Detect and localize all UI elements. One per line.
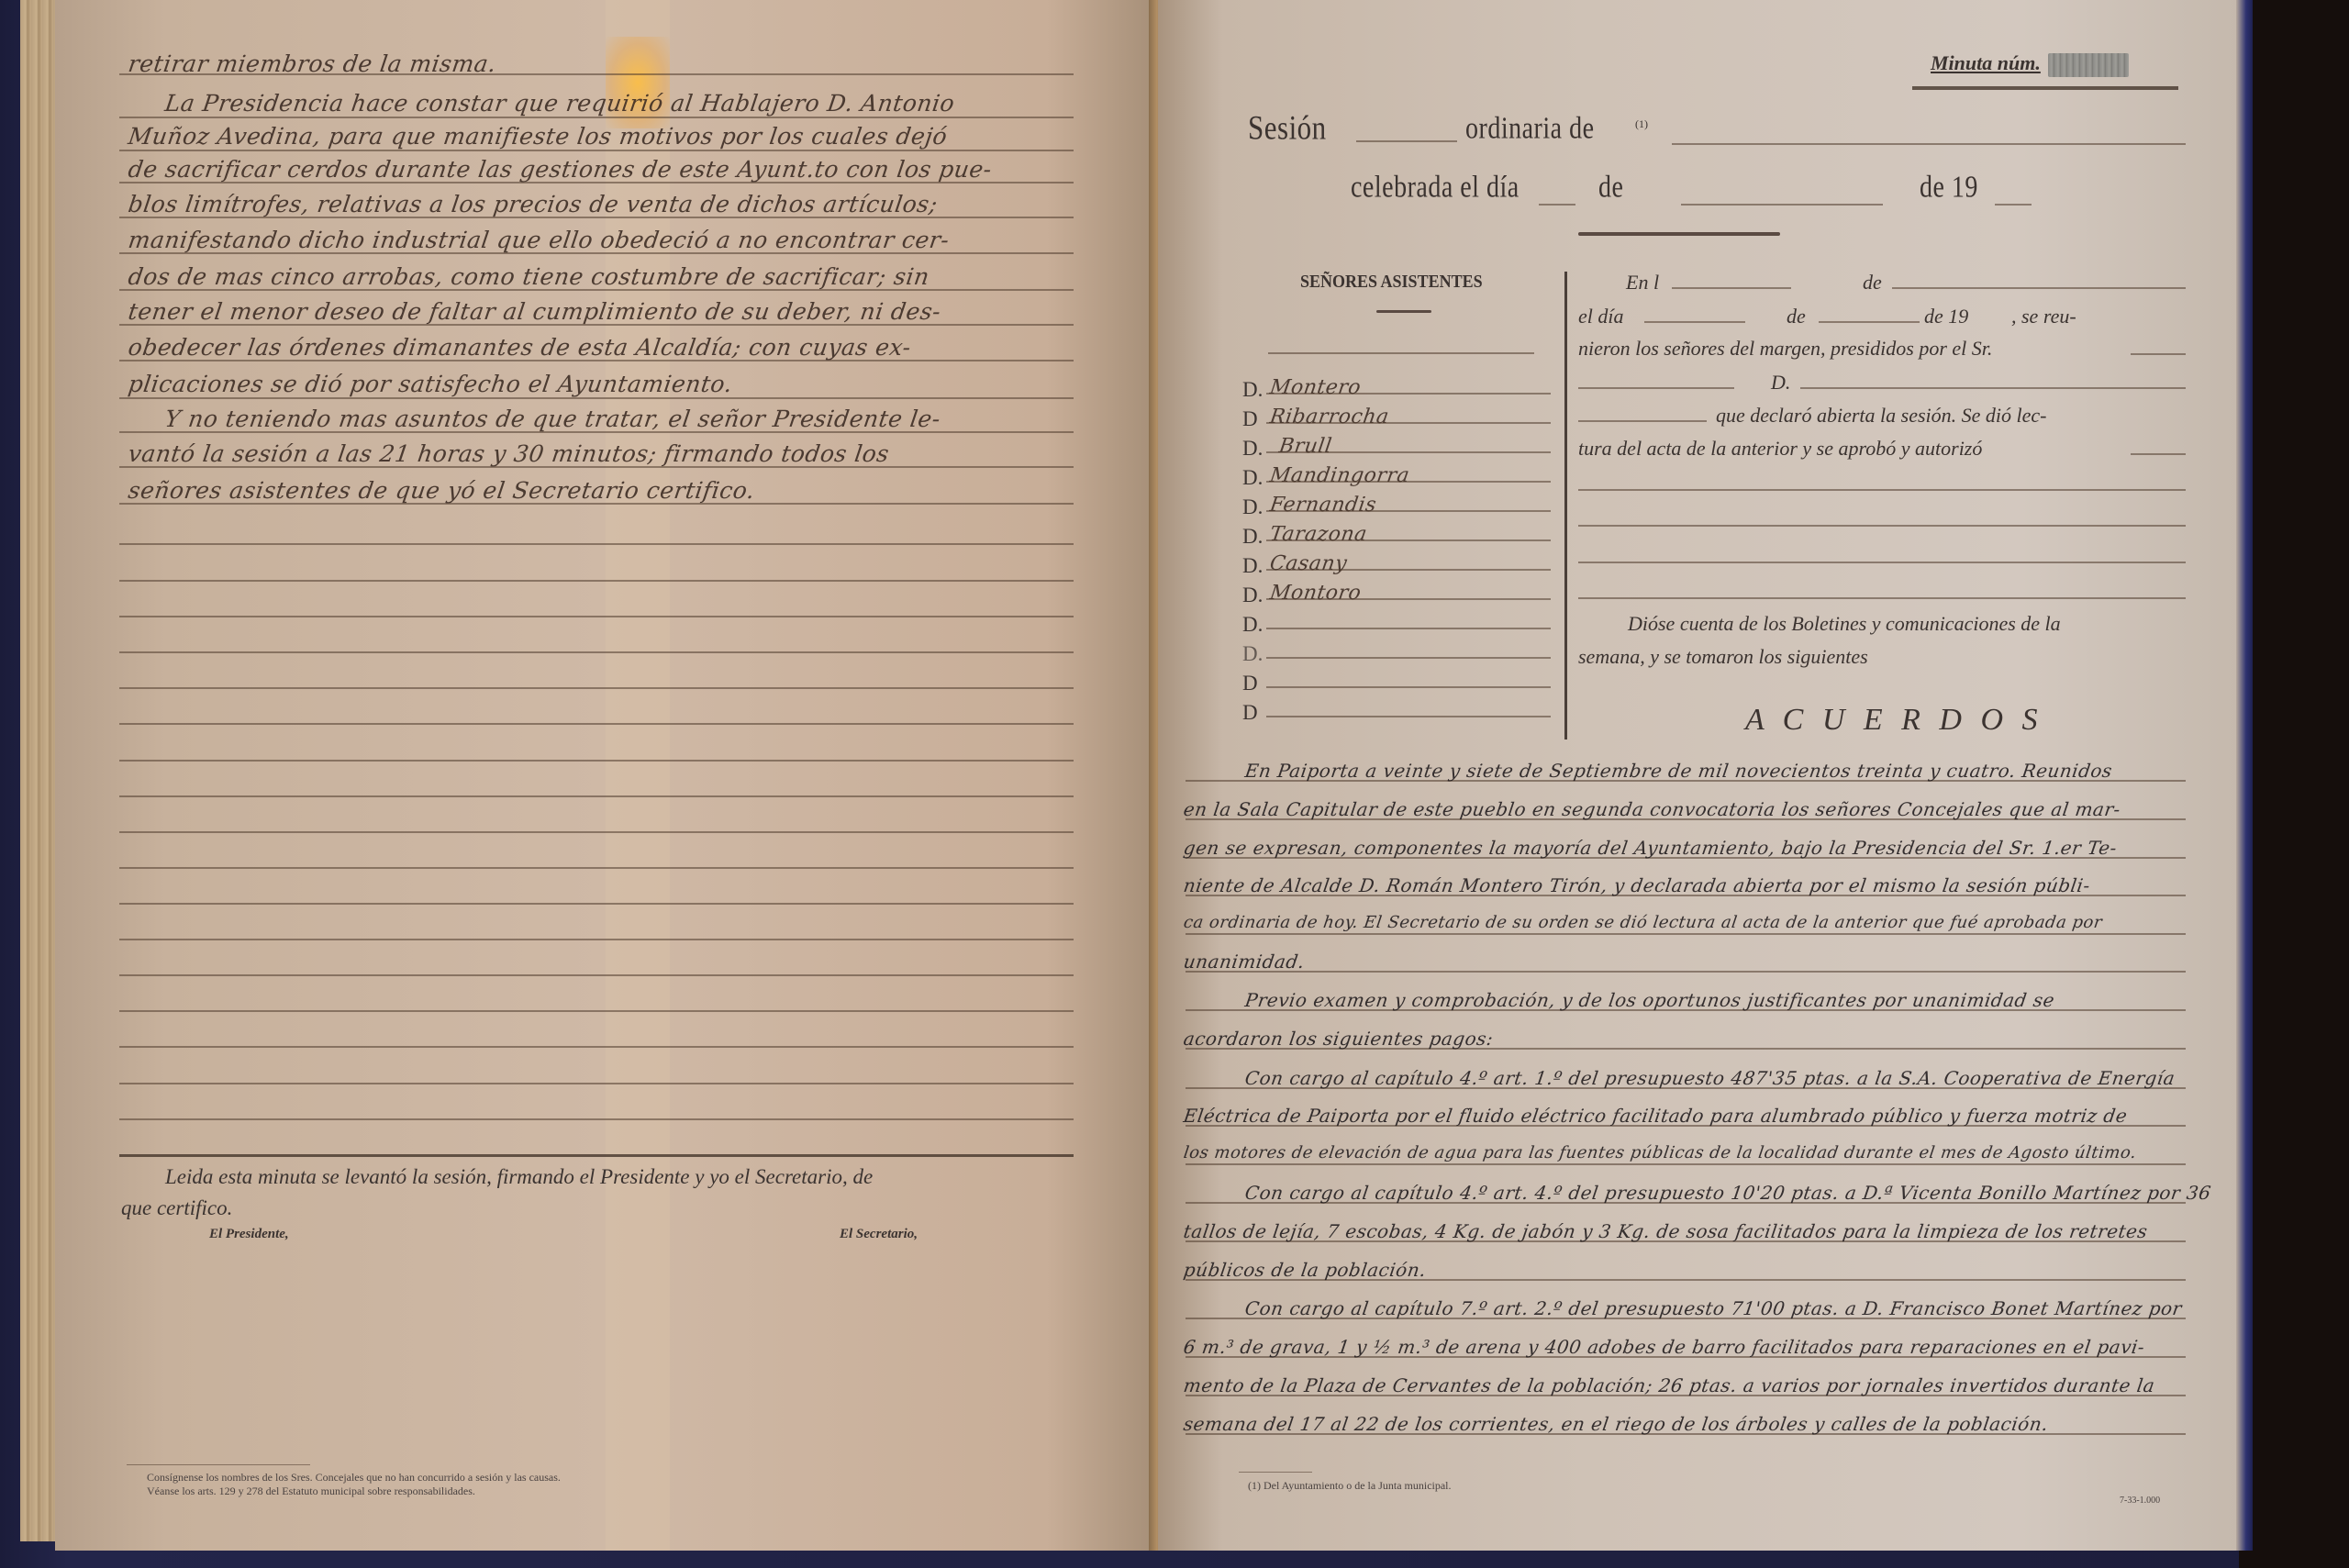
celebrada-year: de 19 [1920, 171, 1978, 206]
right-page: Minuta núm. Sesión ordinaria de (1) cele… [1158, 0, 2236, 1551]
acuerdo-line: en la Sala Capitular de este pueblo en s… [1182, 798, 2121, 820]
acuerdo-line: En Paiporta a veinte y siete de Septiemb… [1243, 760, 2113, 782]
acuerdo-line: Con cargo al capítulo 4.º art. 1.º del p… [1243, 1067, 2176, 1089]
asistente-name: Montoro [1268, 582, 1363, 605]
asistente-prefix: D. [1242, 495, 1263, 519]
footnote: (1) Del Ayuntamiento o de la Junta munic… [1248, 1479, 1452, 1493]
handwritten-line: retirar miembros de la misma. [127, 50, 498, 77]
handwritten-line: La Presidencia hace constar que requirió… [163, 90, 956, 117]
asistente-prefix: D [1242, 672, 1258, 695]
footnote: Véanse los arts. 129 y 278 del Estatuto … [147, 1485, 475, 1498]
acuerdo-line: Eléctrica de Paiporta por el fluido eléc… [1182, 1105, 2129, 1127]
asistente-name: Brull [1277, 435, 1333, 458]
form-text: de [1863, 271, 1882, 295]
minuta-number-label: Minuta núm. [1931, 51, 2129, 77]
form-text: Dióse cuenta de los Boletines y comunica… [1628, 612, 2061, 636]
number-stamp [2048, 53, 2129, 77]
closing-text-continued: que certifico. [121, 1196, 232, 1220]
asistente-prefix: D [1242, 407, 1258, 431]
asistente-name: Fernandis [1268, 494, 1377, 517]
form-text: , se reu- [2011, 305, 2076, 328]
celebrada-label: celebrada el día [1351, 171, 1520, 206]
acuerdo-line: tallos de lejía, 7 escobas, 4 Kg. de jab… [1182, 1220, 2149, 1242]
ornament-divider [1376, 310, 1431, 313]
form-text: D. [1771, 371, 1790, 395]
asistente-prefix: D. [1242, 437, 1263, 461]
asistente-prefix: D [1242, 701, 1258, 725]
handwritten-line: blos limítrofes, relativas a los precios… [127, 191, 940, 217]
form-text: tura del acta de la anterior y se aprobó… [1578, 437, 1982, 461]
acuerdo-line: Previo examen y comprobación, y de los o… [1243, 989, 2055, 1011]
handwritten-line: tener el menor deseo de faltar al cumpli… [127, 298, 942, 325]
form-text: que declaró abierta la sesión. Se dió le… [1716, 404, 2046, 428]
asistente-prefix: D. [1242, 584, 1263, 607]
handwritten-line: plicaciones se dió por satisfecho el Ayu… [127, 371, 734, 397]
acuerdo-line: ca ordinaria de hoy. El Secretario de su… [1183, 913, 2104, 932]
handwritten-line: señores asistentes de que yó el Secretar… [127, 477, 757, 504]
acuerdo-line: los motores de elevación de agua para la… [1183, 1143, 2138, 1162]
column-divider [1564, 272, 1567, 740]
asistente-name: Tarazona [1268, 523, 1368, 546]
form-text: de 19 [1924, 305, 1968, 328]
acuerdo-line: Con cargo al capítulo 7.º art. 2.º del p… [1243, 1297, 2183, 1319]
form-text: En l [1626, 271, 1659, 295]
form-text: nieron los señores del margen, presidido… [1578, 337, 1992, 361]
asistentes-title: SEÑORES ASISTENTES [1300, 272, 1483, 293]
minuta-label-text: Minuta núm. [1931, 51, 2041, 74]
closing-text: Leida esta minuta se levantó la sesión, … [165, 1165, 873, 1189]
acuerdos-title: A C U E R D O S [1745, 703, 2043, 738]
asistente-prefix: D. [1242, 466, 1263, 490]
session-label: Sesión [1248, 108, 1327, 148]
acuerdo-line: acordaron los siguientes pagos: [1182, 1028, 1495, 1050]
acuerdo-line: niente de Alcalde D. Román Montero Tirón… [1182, 874, 2091, 896]
acuerdo-line: públicos de la población. [1182, 1259, 1428, 1281]
signature-secretary-label: El Secretario, [840, 1227, 918, 1242]
asistente-name: Casany [1268, 552, 1348, 575]
asistente-name: Ribarrocha [1268, 406, 1390, 428]
signature-president-label: El Presidente, [209, 1227, 289, 1242]
form-text: el día [1578, 305, 1624, 328]
handwritten-line: vantó la sesión a las 21 horas y 30 minu… [127, 440, 891, 467]
asistente-prefix: D. [1242, 554, 1263, 578]
form-text: semana, y se tomaron los siguientes [1578, 645, 1868, 669]
form-text: de [1787, 305, 1806, 328]
acuerdo-line: gen se expresan, componentes la mayoría … [1182, 837, 2118, 859]
celebrada-de: de [1598, 171, 1623, 206]
footnote-ref: (1) [1635, 117, 1648, 131]
session-type: ordinaria de [1465, 112, 1595, 147]
background [2239, 0, 2349, 1568]
asistente-prefix: D. [1242, 613, 1263, 637]
acuerdo-line: semana del 17 al 22 de los corrientes, e… [1182, 1413, 2050, 1435]
asistente-name: Mandingorra [1268, 464, 1411, 487]
asistente-prefix: D. [1242, 525, 1263, 549]
asistente-name: Montero [1268, 376, 1363, 399]
left-page: retirar miembros de la misma. La Preside… [55, 0, 1156, 1551]
acuerdo-line: mento de la Plaza de Cervantes de la pob… [1182, 1374, 2156, 1396]
handwritten-line: dos de mas cinco arrobas, como tiene cos… [127, 263, 931, 290]
print-code: 7-33-1.000 [2120, 1496, 2160, 1506]
footnote: Consígnense los nombres de los Sres. Con… [147, 1471, 561, 1485]
handwritten-line: Y no teniendo mas asuntos de que tratar,… [163, 406, 942, 432]
asistente-prefix: D. [1242, 642, 1263, 666]
asistente-prefix: D. [1242, 378, 1263, 402]
acuerdo-line: unanimidad. [1182, 951, 1306, 973]
handwritten-line: Muñoz Avedina, para que manifieste los m… [127, 123, 949, 150]
handwritten-line: obedecer las órdenes dimanantes de esta … [127, 334, 913, 361]
right-page-edge [2236, 0, 2253, 1551]
handwritten-line: manifestando dicho industrial que ello o… [127, 227, 951, 253]
acuerdo-line: 6 m.³ de grava, 1 y ½ m.³ de arena y 400… [1182, 1336, 2146, 1358]
handwritten-line: de sacrificar cerdos durante las gestion… [127, 156, 994, 183]
acuerdo-line: Con cargo al capítulo 4.º art. 4.º del p… [1243, 1182, 2212, 1204]
ornament-divider [1578, 232, 1780, 236]
